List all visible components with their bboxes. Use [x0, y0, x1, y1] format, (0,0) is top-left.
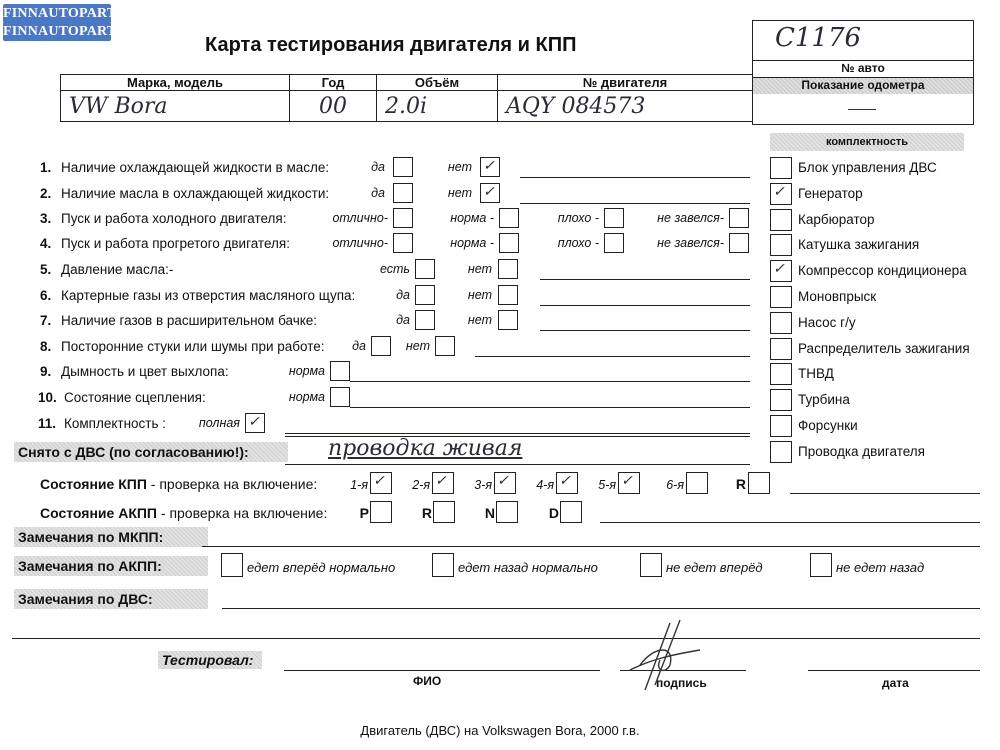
mode-label: D — [549, 505, 559, 521]
check-option-label: не завелся- — [657, 211, 724, 225]
check-label: Состояние сцепления: — [64, 390, 206, 405]
check-label: Давление масла:- — [61, 262, 173, 277]
check-number: 9. — [40, 364, 51, 379]
akpp-remark-label: не едет назад — [836, 560, 924, 575]
completeness-item-label: Генератор — [798, 186, 863, 201]
completeness-checkbox[interactable] — [770, 441, 792, 463]
remarks-dvs-field[interactable] — [222, 608, 980, 609]
remarks-dvs-label: Замечания по ДВС: — [14, 589, 208, 609]
check-number: 1. — [40, 160, 51, 175]
watermark-logo: FINNAUTOPARTS — [3, 22, 111, 41]
completeness-checkbox[interactable] — [770, 415, 792, 437]
check-mark-icon: ✓ — [435, 474, 447, 488]
car-number-value[interactable]: C1176 — [775, 23, 861, 53]
removed-label: Снято с ДВС (по согласованию!): — [14, 442, 288, 462]
akpp-remark-label: едет вперёд нормально — [247, 560, 395, 575]
odometer-label: Показание одометра — [753, 78, 973, 92]
manual-gearbox-line — [790, 493, 980, 494]
akpp-remark-label: едет назад нормально — [458, 560, 598, 575]
caption: Двигатель (ДВС) на Volkswagen Bora, 2000… — [0, 723, 1000, 738]
auto-gearbox-label: Состояние АКПП - проверка на включение: — [40, 505, 327, 521]
check-option-checkbox[interactable] — [435, 336, 455, 356]
gear-label: R — [736, 476, 746, 492]
auto-gearbox-subtitle: - проверка на включение: — [157, 505, 327, 521]
check-label: Наличие масла в охлаждающей жидкости: — [61, 186, 329, 201]
mode-checkbox[interactable] — [433, 501, 455, 523]
completeness-item-label: Блок управления ДВС — [798, 160, 937, 175]
gear-label: 1-я — [350, 478, 368, 492]
check-option-checkbox[interactable] — [498, 285, 518, 305]
completeness-header-label: комплектность — [826, 136, 908, 148]
date-label: дата — [882, 676, 909, 690]
check-option-checkbox[interactable] — [393, 233, 413, 253]
completeness-item-label: Турбина — [798, 392, 850, 407]
removed-value[interactable]: проводка живая — [328, 436, 522, 461]
check-option-label: плохо - — [558, 211, 599, 225]
vehicle-info-table: Марка, модель Год Объём № двигателя VW B… — [60, 74, 753, 122]
check-notes-field[interactable] — [350, 381, 750, 382]
check-option-label: норма — [289, 390, 325, 404]
check-number: 2. — [40, 186, 51, 201]
check-option-label: нет — [468, 262, 492, 276]
check-label: Картерные газы из отверстия масляного щу… — [61, 288, 355, 303]
check-option-label: отлично- — [332, 211, 388, 225]
check-option-label: да — [371, 160, 385, 174]
mode-checkbox[interactable] — [560, 501, 582, 523]
check-notes-field[interactable] — [475, 356, 750, 357]
check-option-label: да — [371, 186, 385, 200]
mode-label: N — [485, 505, 495, 521]
check-mark-icon: ✓ — [621, 474, 633, 488]
check-label: Дымность и цвет выхлопа: — [61, 364, 229, 379]
completeness-item-label: Моновпрыск — [798, 289, 876, 304]
check-notes-field[interactable] — [285, 433, 750, 434]
check-label: Комплектность : — [64, 416, 166, 431]
check-notes-field[interactable] — [520, 203, 750, 204]
removed-line — [285, 464, 750, 465]
check-mark-icon: ✓ — [773, 262, 785, 276]
check-option-label: плохо - — [558, 236, 599, 250]
gear-label: 4-я — [536, 478, 554, 492]
manual-gearbox-subtitle: - проверка на включение: — [147, 476, 317, 492]
make-model-field[interactable]: VW Bora — [61, 91, 290, 122]
mode-checkbox[interactable] — [496, 501, 518, 523]
completeness-checkbox[interactable] — [770, 312, 792, 334]
check-mark-icon: ✓ — [773, 185, 785, 199]
akpp-remark-checkbox[interactable] — [640, 553, 662, 577]
signature-scribble-icon — [625, 615, 705, 695]
completeness-item-label: Карбюратор — [798, 212, 875, 227]
gear-label: 6-я — [666, 478, 684, 492]
car-number-label: № авто — [753, 61, 973, 75]
check-mark-icon: ✓ — [483, 185, 495, 199]
check-number: 4. — [40, 236, 51, 251]
check-number: 5. — [40, 262, 51, 277]
check-number: 8. — [40, 339, 51, 354]
check-option-label: не завелся- — [657, 236, 724, 250]
check-notes-field[interactable] — [350, 407, 750, 408]
check-number: 11. — [38, 416, 56, 431]
date-field[interactable] — [808, 670, 980, 671]
check-option-label: нет — [448, 186, 472, 200]
check-mark-icon: ✓ — [497, 474, 509, 488]
check-option-label: нет — [406, 339, 430, 353]
check-option-checkbox[interactable] — [393, 157, 413, 177]
tested-by-text: Тестировал: — [162, 652, 253, 668]
auto-gearbox-line — [600, 522, 980, 523]
check-option-checkbox[interactable] — [415, 259, 435, 279]
check-option-label: отлично- — [332, 236, 388, 250]
check-option-checkbox[interactable] — [499, 233, 519, 253]
check-option-checkbox[interactable] — [604, 208, 624, 228]
check-option-label: норма - — [450, 211, 494, 225]
check-number: 6. — [40, 288, 51, 303]
check-mark-icon: ✓ — [248, 415, 260, 429]
completeness-checkbox[interactable] — [770, 338, 792, 360]
check-option-checkbox[interactable] — [729, 208, 749, 228]
column-header-volume: Объём — [377, 75, 498, 91]
check-option-label: нет — [468, 288, 492, 302]
completeness-item-label: Проводка двигателя — [798, 444, 925, 459]
completeness-checkbox[interactable] — [770, 209, 792, 231]
check-option-label: да — [396, 288, 410, 302]
completeness-header: комплектность — [770, 133, 964, 151]
odometer-field[interactable] — [752, 93, 974, 125]
check-number: 3. — [40, 211, 51, 226]
check-option-checkbox[interactable] — [393, 183, 413, 203]
check-notes-field[interactable] — [540, 305, 750, 306]
gear-checkbox[interactable] — [686, 472, 708, 494]
check-option-label: да — [396, 313, 410, 327]
akpp-remark-label: не едет вперёд — [666, 560, 763, 575]
page-title: Карта тестирования двигателя и КПП — [205, 34, 576, 57]
check-notes-field[interactable] — [540, 279, 750, 280]
check-option-checkbox[interactable] — [499, 208, 519, 228]
check-mark-icon: ✓ — [559, 474, 571, 488]
completeness-item-label: Компрессор кондиционера — [798, 263, 967, 278]
check-option-label: норма — [289, 364, 325, 378]
column-header-make-model: Марка, модель — [61, 75, 290, 91]
check-option-checkbox[interactable] — [330, 361, 350, 381]
check-mark-icon: ✓ — [483, 159, 495, 173]
mode-checkbox[interactable] — [370, 501, 392, 523]
completeness-item-label: Распределитель зажигания — [798, 341, 970, 356]
completeness-checkbox[interactable] — [770, 234, 792, 256]
akpp-remark-checkbox[interactable] — [810, 553, 832, 577]
completeness-item-label: Насос г/у — [798, 315, 856, 330]
check-mark-icon: ✓ — [373, 474, 385, 488]
check-option-checkbox[interactable] — [729, 233, 749, 253]
completeness-item-label: Катушка зажигания — [798, 237, 919, 252]
akpp-remark-checkbox[interactable] — [432, 553, 454, 577]
divider-line — [12, 638, 980, 639]
manual-gearbox-label: Состояние КПП - проверка на включение: — [40, 476, 317, 492]
check-option-checkbox[interactable] — [415, 310, 435, 330]
check-option-checkbox[interactable] — [498, 310, 518, 330]
check-option-checkbox[interactable] — [371, 336, 391, 356]
check-label: Пуск и работа холодного двигателя: — [61, 211, 287, 226]
volume-field[interactable]: 2.0i — [377, 91, 498, 122]
check-option-label: полная — [199, 416, 240, 430]
check-notes-field[interactable] — [520, 177, 750, 178]
completeness-item-label: ТНВД — [798, 366, 834, 381]
check-label: Наличие охлаждающей жидкости в масле: — [61, 160, 329, 175]
completeness-checkbox[interactable] — [770, 286, 792, 308]
check-label: Наличие газов в расширительном бачке: — [61, 313, 317, 328]
check-option-checkbox[interactable] — [415, 285, 435, 305]
completeness-checkbox[interactable] — [770, 389, 792, 411]
remarks-mkpp-label: Замечания по МКПП: — [14, 527, 208, 547]
check-label: Пуск и работа прогретого двигателя: — [61, 236, 290, 251]
odometer-value — [848, 109, 876, 110]
car-number-box: C1176 № авто Показание одометра — [752, 20, 974, 94]
column-header-year: Год — [290, 75, 377, 91]
remarks-mkpp-field[interactable] — [202, 546, 980, 547]
mode-label: R — [422, 505, 432, 521]
check-notes-field[interactable] — [540, 330, 750, 331]
name-field[interactable] — [284, 670, 600, 671]
check-option-label: нет — [468, 313, 492, 327]
check-option-label: да — [352, 339, 366, 353]
check-option-checkbox[interactable] — [604, 233, 624, 253]
check-number: 7. — [40, 313, 51, 328]
completeness-item-label: Форсунки — [798, 418, 858, 433]
year-field[interactable]: 00 — [290, 91, 377, 122]
mode-label: P — [360, 505, 369, 521]
name-label: ФИО — [413, 674, 441, 688]
check-number: 10. — [38, 390, 57, 405]
check-label: Посторонние стуки или шумы при работе: — [61, 339, 325, 354]
engine-number-field[interactable]: AQY 084573 — [498, 91, 753, 122]
completeness-checkbox[interactable] — [770, 363, 792, 385]
column-header-engine-number: № двигателя — [498, 75, 753, 91]
manual-gearbox-title: Состояние КПП — [40, 476, 147, 492]
check-option-label: нет — [448, 160, 472, 174]
gear-label: 5-я — [598, 478, 616, 492]
gear-label: 3-я — [474, 478, 492, 492]
tested-by-label: Тестировал: — [158, 651, 262, 669]
gear-checkbox[interactable] — [748, 472, 770, 494]
watermark-logo: FINNAUTOPARTS — [3, 4, 111, 23]
check-option-label: норма - — [450, 236, 494, 250]
auto-gearbox-title: Состояние АКПП — [40, 505, 157, 521]
completeness-checkbox[interactable] — [770, 157, 792, 179]
check-option-checkbox[interactable] — [393, 208, 413, 228]
akpp-remark-checkbox[interactable] — [221, 553, 243, 577]
check-option-checkbox[interactable] — [498, 259, 518, 279]
remarks-akpp-label: Замечания по АКПП: — [14, 556, 208, 576]
check-option-label: есть — [380, 262, 410, 276]
gear-label: 2-я — [412, 478, 430, 492]
check-option-checkbox[interactable] — [330, 387, 350, 407]
